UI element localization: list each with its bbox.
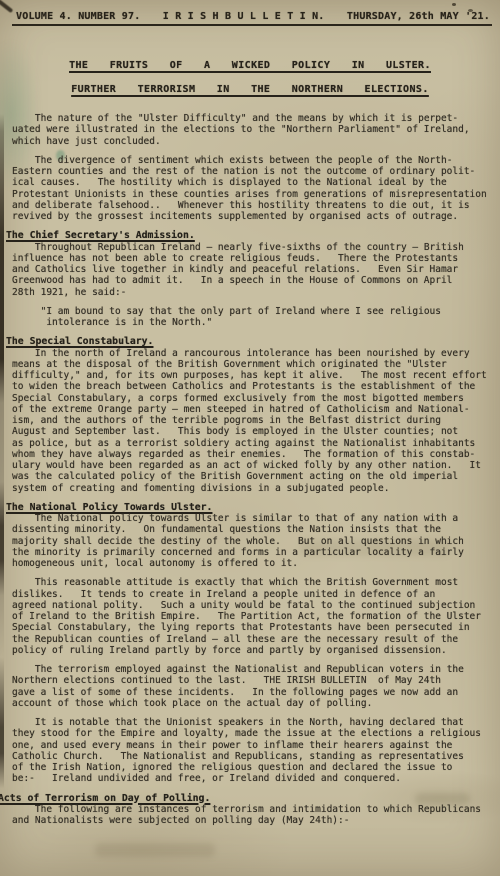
ink-speck bbox=[452, 3, 456, 6]
masthead: VOLUME 4. NUMBER 97. I R I S H B U L L E… bbox=[12, 11, 492, 26]
section-heading: The Special Constabulary. bbox=[6, 336, 495, 347]
scanned-document-page: VOLUME 4. NUMBER 97. I R I S H B U L L E… bbox=[0, 0, 500, 876]
body-paragraph: The following are instances of terrorism… bbox=[12, 804, 495, 827]
body-paragraph: The nature of the "Ulster Difficulty" an… bbox=[12, 113, 495, 147]
body-paragraph: The National policy towards Ulster is si… bbox=[12, 513, 495, 569]
body-paragraph: The terrorism employed against the Natio… bbox=[12, 664, 495, 709]
section-heading: Acts of Terrorism on Day of Polling. bbox=[0, 793, 495, 804]
section-heading: The National Policy Towards Ulster. bbox=[6, 502, 495, 513]
body-quote: "I am bound to say that the only part of… bbox=[12, 306, 495, 329]
body-paragraph: In the north of Ireland a rancourous int… bbox=[12, 348, 495, 494]
body-paragraph: Throughout Republican Ireland — nearly f… bbox=[12, 242, 495, 298]
body-paragraph: It is notable that the Unionist speakers… bbox=[12, 717, 495, 785]
body-paragraph: This reasonable attitude is exactly that… bbox=[12, 577, 495, 656]
paper-smudge bbox=[95, 843, 215, 857]
headline-line-1: THE FRUITS OF A WICKED POLICY IN ULSTER. bbox=[69, 60, 431, 71]
section-heading: The Chief Secretary's Admission. bbox=[6, 230, 495, 241]
body-paragraph: The divergence of sentiment which exists… bbox=[12, 155, 495, 223]
masthead-publication-title: I R I S H B U L L E T I N. bbox=[163, 11, 325, 22]
headline: THE FRUITS OF A WICKED POLICY IN ULSTER.… bbox=[0, 53, 500, 96]
masthead-date: THURSDAY, 26th MAY '21. bbox=[347, 11, 490, 22]
masthead-volume-number: VOLUME 4. NUMBER 97. bbox=[16, 11, 140, 22]
headline-line-2: FURTHER TERRORISM IN THE NORTHERN ELECTI… bbox=[71, 84, 429, 95]
document-body: The nature of the "Ulster Difficulty" an… bbox=[12, 113, 495, 826]
